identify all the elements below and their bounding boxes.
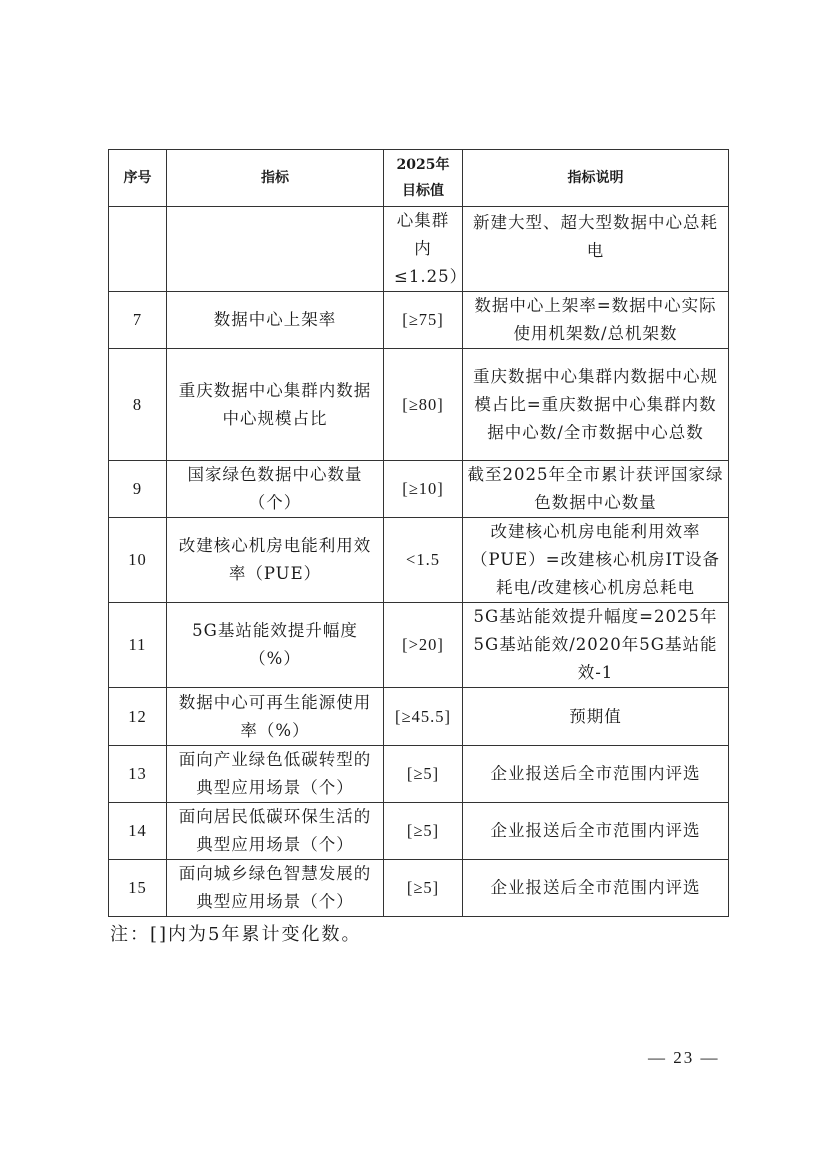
cell-index xyxy=(109,207,167,292)
cell-indicator: 数据中心上架率 xyxy=(167,292,384,349)
cell-description: 预期值 xyxy=(463,688,729,746)
cell-description: 重庆数据中心集群内数据中心规模占比=重庆数据中心集群内数据中心数/全市数据中心总… xyxy=(463,349,729,461)
cell-description: 新建大型、超大型数据中心总耗电 xyxy=(463,207,729,292)
cell-indicator: 国家绿色数据中心数量（个） xyxy=(167,461,384,518)
cell-indicator: 重庆数据中心集群内数据中心规模占比 xyxy=(167,349,384,461)
cell-indicator xyxy=(167,207,384,292)
cell-target: [≥5] xyxy=(384,746,463,803)
page-number: — 23 — xyxy=(648,1048,720,1068)
cell-target: [≥5] xyxy=(384,860,463,917)
cell-indicator: 面向居民低碳环保生活的典型应用场景（个） xyxy=(167,803,384,860)
indicator-table: 序号 指标 2025年目标值 指标说明 心集群内≤1.25） 新建大型、超大型数… xyxy=(108,149,729,917)
cell-target: [≥10] xyxy=(384,461,463,518)
table-row: 12 数据中心可再生能源使用率（%） [≥45.5] 预期值 xyxy=(109,688,729,746)
table-header-row: 序号 指标 2025年目标值 指标说明 xyxy=(109,150,729,207)
table-row: 14 面向居民低碳环保生活的典型应用场景（个） [≥5] 企业报送后全市范围内评… xyxy=(109,803,729,860)
cell-indicator: 面向产业绿色低碳转型的典型应用场景（个） xyxy=(167,746,384,803)
cell-index: 7 xyxy=(109,292,167,349)
cell-index: 12 xyxy=(109,688,167,746)
cell-index: 13 xyxy=(109,746,167,803)
header-indicator: 指标 xyxy=(167,150,384,207)
header-description: 指标说明 xyxy=(463,150,729,207)
header-target: 2025年目标值 xyxy=(384,150,463,207)
cell-target: [≥80] xyxy=(384,349,463,461)
cell-description: 企业报送后全市范围内评选 xyxy=(463,803,729,860)
cell-target: [≥45.5] xyxy=(384,688,463,746)
table-row: 9 国家绿色数据中心数量（个） [≥10] 截至2025年全市累计获评国家绿色数… xyxy=(109,461,729,518)
cell-index: 8 xyxy=(109,349,167,461)
table-row: 15 面向城乡绿色智慧发展的典型应用场景（个） [≥5] 企业报送后全市范围内评… xyxy=(109,860,729,917)
cell-description: 改建核心机房电能利用效率（PUE）=改建核心机房IT设备耗电/改建核心机房总耗电 xyxy=(463,518,729,603)
cell-index: 11 xyxy=(109,603,167,688)
table-row: 10 改建核心机房电能利用效率（PUE） <1.5 改建核心机房电能利用效率（P… xyxy=(109,518,729,603)
cell-target: [≥5] xyxy=(384,803,463,860)
header-index: 序号 xyxy=(109,150,167,207)
cell-index: 9 xyxy=(109,461,167,518)
cell-description: 企业报送后全市范围内评选 xyxy=(463,860,729,917)
cell-target: 心集群内≤1.25） xyxy=(384,207,463,292)
cell-target: [>20] xyxy=(384,603,463,688)
table-row: 8 重庆数据中心集群内数据中心规模占比 [≥80] 重庆数据中心集群内数据中心规… xyxy=(109,349,729,461)
cell-description: 企业报送后全市范围内评选 xyxy=(463,746,729,803)
table-row: 11 5G基站能效提升幅度（%） [>20] 5G基站能效提升幅度=2025年5… xyxy=(109,603,729,688)
table-row: 13 面向产业绿色低碳转型的典型应用场景（个） [≥5] 企业报送后全市范围内评… xyxy=(109,746,729,803)
cell-target: <1.5 xyxy=(384,518,463,603)
cell-indicator: 改建核心机房电能利用效率（PUE） xyxy=(167,518,384,603)
cell-indicator: 数据中心可再生能源使用率（%） xyxy=(167,688,384,746)
cell-index: 15 xyxy=(109,860,167,917)
cell-indicator: 5G基站能效提升幅度（%） xyxy=(167,603,384,688)
cell-target: [≥75] xyxy=(384,292,463,349)
cell-description: 5G基站能效提升幅度=2025年5G基站能效/2020年5G基站能效-1 xyxy=(463,603,729,688)
cell-index: 10 xyxy=(109,518,167,603)
table-row: 心集群内≤1.25） 新建大型、超大型数据中心总耗电 xyxy=(109,207,729,292)
cell-description: 数据中心上架率=数据中心实际使用机架数/总机架数 xyxy=(463,292,729,349)
table-row: 7 数据中心上架率 [≥75] 数据中心上架率=数据中心实际使用机架数/总机架数 xyxy=(109,292,729,349)
table-footnote: 注：[]内为5年累计变化数。 xyxy=(110,920,362,946)
cell-indicator: 面向城乡绿色智慧发展的典型应用场景（个） xyxy=(167,860,384,917)
cell-index: 14 xyxy=(109,803,167,860)
cell-description: 截至2025年全市累计获评国家绿色数据中心数量 xyxy=(463,461,729,518)
